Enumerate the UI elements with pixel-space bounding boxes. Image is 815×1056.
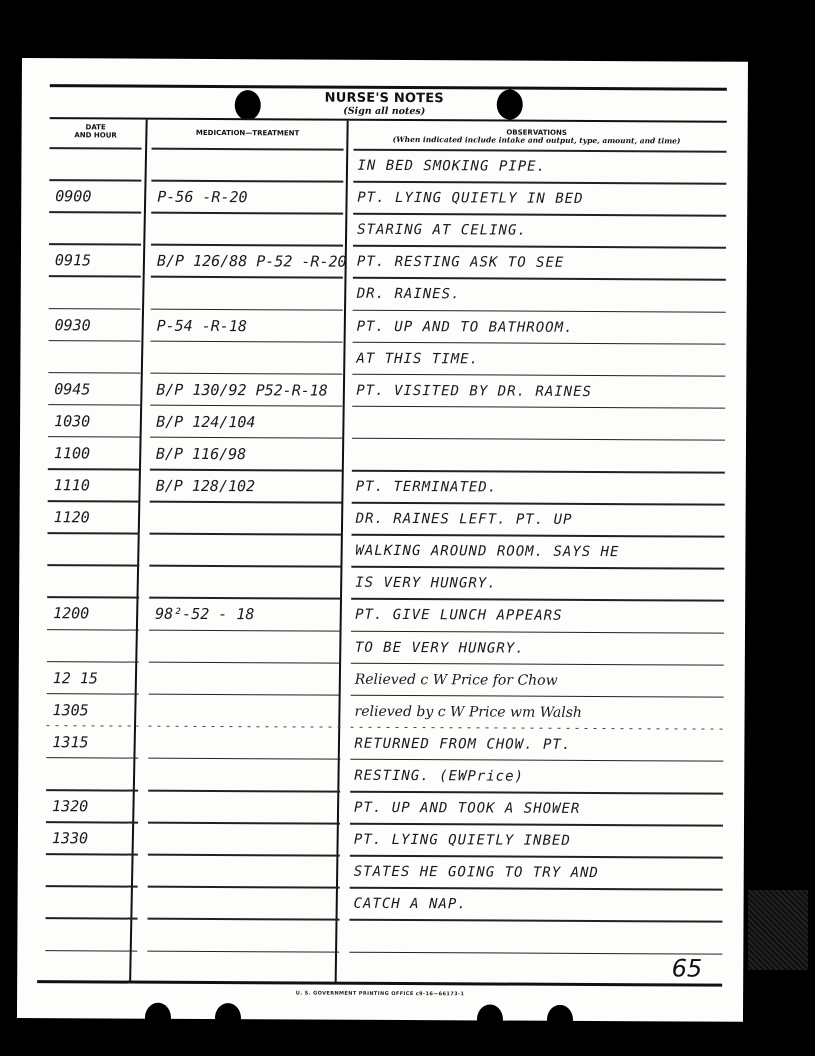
date-cell: 1320	[52, 791, 88, 821]
medication-cell: B/P 128/102	[156, 471, 255, 502]
date-cell: 1110	[54, 470, 90, 500]
observation-cell: AT THIS TIME.	[356, 343, 479, 374]
punch-hole-icon	[547, 1005, 573, 1035]
row-line	[148, 854, 340, 857]
observation-cell: WALKING AROUND ROOM. SAYS HE	[355, 536, 619, 567]
row-line	[49, 211, 141, 213]
date-cell: 1120	[54, 502, 90, 532]
row-line	[147, 950, 339, 953]
observation-cell: DR. RAINES.	[357, 279, 461, 310]
row-line	[49, 340, 141, 342]
row-line	[48, 532, 140, 534]
observation-cell: PT. GIVE LUNCH APPEARS	[355, 600, 563, 631]
medication-cell: B/P 124/104	[156, 407, 255, 438]
medication-cell: B/P 130/92 P52-R-18	[156, 374, 328, 405]
date-cell: 12 15	[53, 663, 98, 693]
column-divider	[129, 120, 147, 982]
observation-cell: RETURNED FROM CHOW. PT.	[354, 729, 571, 760]
punch-hole-icon	[477, 1004, 503, 1034]
date-cell: 1315	[52, 727, 88, 757]
row-line	[148, 725, 340, 728]
observation-cell: PT. UP AND TOOK A SHOWER	[354, 793, 580, 824]
medication-cell: 98²-52 - 18	[155, 599, 254, 630]
observation-cell: IN BED SMOKING PIPE.	[357, 151, 546, 182]
date-cell: 1330	[52, 823, 88, 853]
row-line	[147, 918, 339, 921]
observation-cell: PT. LYING QUIETLY IN BED	[357, 183, 583, 214]
date-cell: 1030	[54, 406, 90, 436]
row-line	[149, 661, 341, 664]
row-line	[149, 565, 341, 568]
medication-cell: B/P 116/98	[156, 439, 246, 469]
observation-cell: PT. TERMINATED.	[356, 472, 498, 503]
observation-cell: CATCH A NAP.	[353, 889, 466, 920]
row-line	[151, 276, 343, 279]
observation-cell: STARING AT CELING.	[357, 215, 527, 246]
medication-cell: B/P 126/88 P-52 -R-20	[157, 246, 347, 277]
row-line	[151, 340, 343, 343]
observation-cell: relieved by c W Price wm Walsh	[355, 696, 583, 727]
row-line	[148, 758, 340, 761]
column-header-observations-note: (When indicated include intake and outpu…	[352, 136, 722, 146]
row-line	[352, 438, 725, 441]
observation-cell: TO BE VERY HUNGRY.	[355, 632, 525, 663]
row-line	[150, 533, 342, 536]
observation-cell: DR. RAINES LEFT. PT. UP	[356, 504, 573, 535]
medication-cell: P-56 -R-20	[157, 182, 247, 212]
observation-cell: RESTING. (EWPrice)	[354, 761, 524, 792]
medication-cell: P-54 -R-18	[157, 310, 247, 340]
row-line	[46, 853, 138, 855]
row-line	[47, 629, 139, 631]
row-line	[46, 885, 138, 887]
date-cell: 0915	[55, 245, 91, 275]
row-line	[45, 918, 137, 920]
nurses-notes-page: NURSE'S NOTES (Sign all notes) DATE AND …	[17, 58, 748, 1022]
date-cell: 1305	[53, 695, 89, 725]
scan-noise	[748, 890, 808, 970]
column-header-date: DATE AND HOUR	[50, 123, 142, 139]
date-cell: 1100	[54, 438, 90, 468]
punch-hole-icon	[215, 1003, 241, 1033]
column-header-date-line2: AND HOUR	[74, 131, 116, 139]
observation-cell: IS VERY HUNGRY.	[355, 568, 497, 599]
row-line	[45, 950, 137, 952]
date-cell: 0930	[55, 310, 91, 340]
row-line	[47, 564, 139, 566]
observation-cell: PT. LYING QUIETLY INBED	[354, 825, 571, 856]
column-header-medication: MEDICATION—TREATMENT	[150, 129, 346, 138]
row-line	[46, 757, 138, 759]
date-cell: 0900	[55, 181, 91, 211]
form-subtitle: (Sign all notes)	[42, 104, 727, 119]
row-line	[349, 951, 722, 954]
observation-cell: PT. VISITED BY DR. RAINES	[356, 375, 592, 406]
column-header-date-line1: DATE	[85, 123, 105, 131]
row-line	[149, 629, 341, 632]
punch-hole-icon	[145, 1003, 171, 1033]
observation-cell: STATES HE GOING TO TRY AND	[354, 857, 599, 888]
observation-cell: PT. UP AND TO BATHROOM.	[357, 311, 574, 342]
row-line	[150, 501, 342, 504]
date-cell: 1200	[53, 599, 89, 629]
date-cell: 0945	[54, 374, 90, 404]
column-header-observations: OBSERVATIONS (When indicated include int…	[352, 128, 722, 146]
observation-cell: Relieved c W Price for Chow	[355, 664, 558, 695]
row-line	[148, 790, 340, 793]
row-line	[49, 276, 141, 278]
row-line	[148, 886, 340, 889]
row-line	[151, 212, 343, 215]
bottom-rule	[37, 980, 722, 987]
page-number: 65	[672, 954, 703, 982]
row-line	[149, 693, 341, 696]
row-line	[152, 148, 344, 151]
row-line	[148, 822, 340, 825]
observation-cell: PT. RESTING ASK TO SEE	[357, 247, 565, 278]
form: NURSE'S NOTES (Sign all notes) DATE AND …	[37, 58, 727, 1022]
row-line	[50, 147, 142, 149]
row-line	[349, 919, 722, 922]
row-line	[352, 406, 725, 409]
